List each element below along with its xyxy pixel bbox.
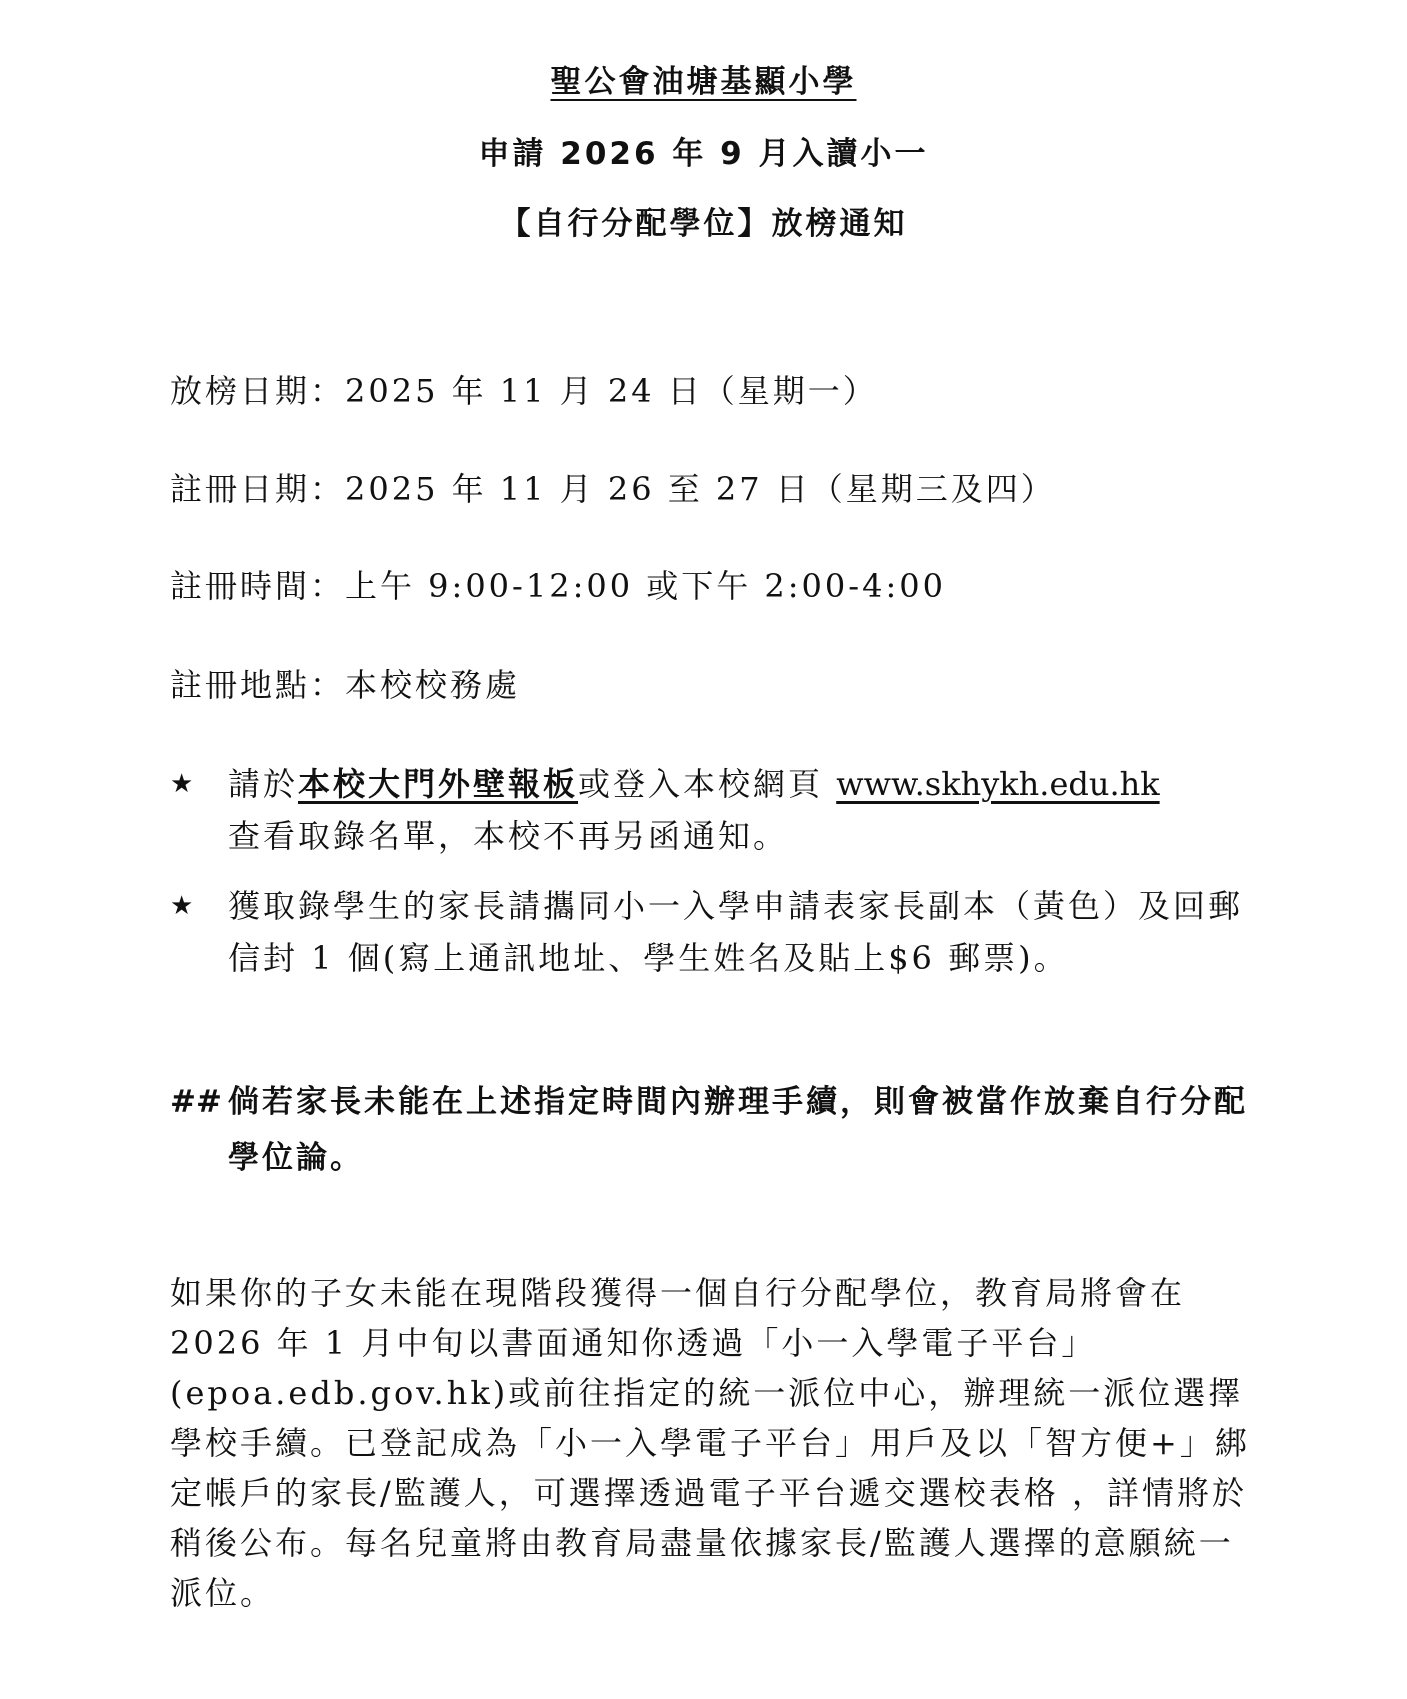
registration-time: 註冊時間：上午 9:00-12:00 或下午 2:00-4:00 (170, 561, 946, 607)
admission-subtitle: 申請 2026 年 9 月入讀小一 (0, 128, 1407, 173)
warning-note: ## 倘若家長未能在上述指定時間內辦理手續，則會被當作放棄自行分配學位論。 (170, 1074, 1250, 1186)
registration-date: 註冊日期：2025 年 11 月 26 至 27 日（星期三及四） (170, 464, 1056, 510)
release-date: 放榜日期：2025 年 11 月 24 日（星期一） (170, 366, 878, 412)
star-icon: ★ (170, 880, 196, 932)
notice-board-emphasis: 本校大門外壁報板 (298, 765, 578, 803)
central-allocation-paragraph: 如果你的子女未能在現階段獲得一個自行分配學位，教育局將會在 2026 年 1 月… (170, 1268, 1255, 1618)
school-name: 聖公會油塘基顯小學 (0, 56, 1407, 101)
star-icon: ★ (170, 758, 196, 810)
school-website-link[interactable]: www.skhykh.edu.hk (836, 765, 1159, 803)
bullet-check-list: ★ 請於本校大門外壁報板或登入本校網頁 www.skhykh.edu.hk 查看… (170, 758, 1250, 862)
hash-mark-icon: ## (170, 1074, 222, 1130)
registration-venue: 註冊地點：本校校務處 (170, 660, 520, 706)
bullet-documents: ★ 獲取錄學生的家長請攜同小一入學申請表家長副本（黃色）及回郵信封 1 個(寫上… (170, 880, 1250, 984)
notice-title: 【自行分配學位】放榜通知 (0, 198, 1407, 243)
